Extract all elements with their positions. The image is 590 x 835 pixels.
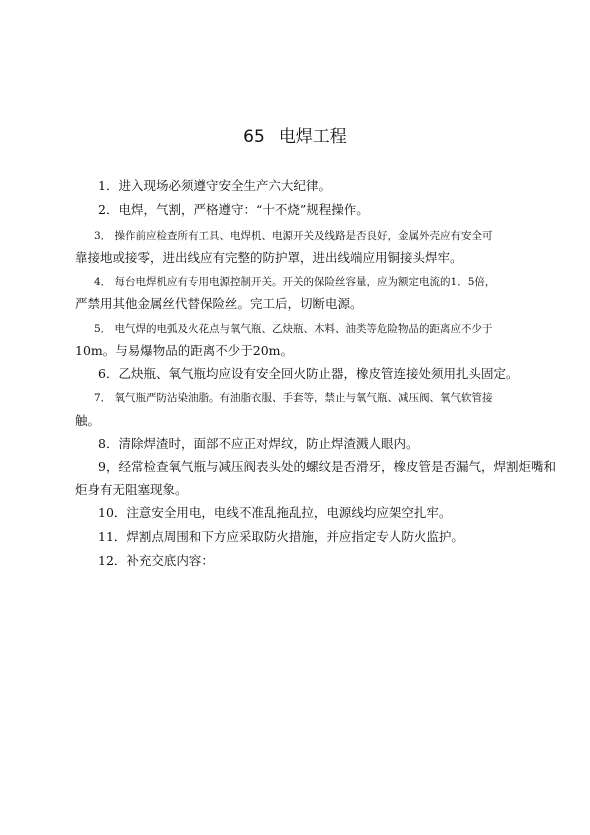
text-line: 12．补充交底内容： bbox=[98, 553, 214, 569]
text-line: 触。 bbox=[75, 413, 100, 429]
text-line: 9，经常检查氧气瓶与减压阀表头处的螺纹是否滑牙，橡皮管是否漏气，焊割炬嘴和 bbox=[98, 459, 556, 475]
text-line: 10．注意安全用电，电线不准乱拖乱拉，电源线均应架空扎牢。 bbox=[98, 505, 451, 521]
text-line: 3． 操作前应检查所有工具、电焊机、电源开关及线路是否良好，金属外壳应有安全可 bbox=[94, 228, 493, 244]
text-line: 7． 氧气瓶严防沾染油脂。有油脂衣服、手套等，禁止与氧气瓶、减压阀、氧气软管接 bbox=[94, 390, 493, 406]
text-line: 8．清除焊渣时，面部不应正对焊纹，防止焊渣溅人眼内。 bbox=[98, 436, 418, 452]
text-line: 6．乙炔瓶、氧气瓶均应设有安全回火防止器，橡皮管连接处须用扎头固定。 bbox=[98, 366, 518, 382]
section-number: 65 bbox=[243, 127, 265, 147]
page-title: 65电焊工程 bbox=[0, 122, 590, 147]
text-line: 10m。与易爆物品的距离不少于20m。 bbox=[75, 343, 293, 359]
text-line: 靠接地或接零，进出线应有完整的防护罩，进出线端应用铜接头焊牢。 bbox=[75, 250, 463, 266]
text-line: 4． 每台电焊机应有专用电源控制开关。开关的保险丝容量，应为额定电流的1．5倍， bbox=[94, 274, 495, 290]
text-line: 2．电焊，气割，严格遵守：“十不烧”规程操作。 bbox=[98, 202, 369, 218]
text-line: 1．进入现场必须遵守安全生产六大纪律。 bbox=[98, 178, 331, 194]
text-line: 炬身有无阻塞现象。 bbox=[75, 482, 188, 498]
text-line: 5． 电气焊的电弧及火花点与氧气瓶、乙炔瓶、木料、油类等危险物品的距离应不少于 bbox=[94, 321, 493, 337]
text-line: 严禁用其他金属丝代替保险丝。完工后，切断电源。 bbox=[75, 296, 363, 312]
text-line: 11．焊割点周围和下方应采取防火措施，并应指定专人防火监护。 bbox=[98, 529, 464, 545]
section-title: 电焊工程 bbox=[279, 127, 347, 147]
